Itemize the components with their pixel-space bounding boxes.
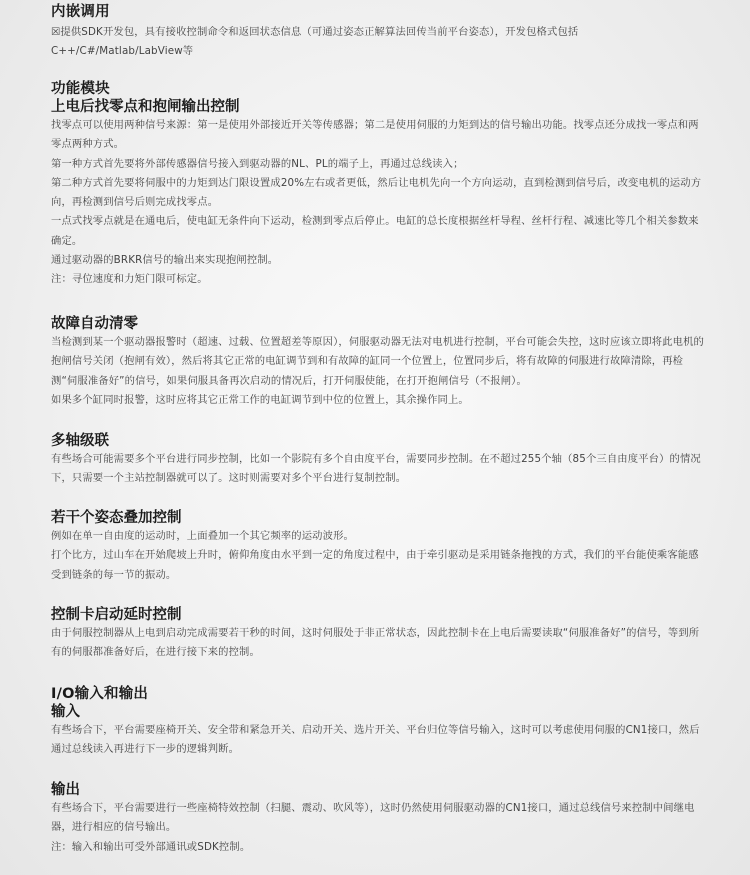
section-io: I/O输入和输出 输入 有些场合下，平台需要座椅开关、安全带和紧急开关、启动开关… bbox=[51, 685, 704, 760]
section-paragraph: 通过驱动器的BRKR信号的输出来实现抱闸控制。 bbox=[51, 251, 704, 270]
section-title: 输出 bbox=[51, 781, 704, 799]
section-title: 内嵌调用 bbox=[51, 3, 704, 21]
section-paragraph: ☒提供SDK开发包，具有接收控制命令和返回状态信息（可通过姿态正解算法回传当前平… bbox=[51, 23, 704, 62]
section-title: 故障自动清零 bbox=[51, 315, 704, 333]
section-paragraph: 有些场合下，平台需要进行一些座椅特效控制（扫腿、震动、吹风等），这时仍然使用伺服… bbox=[51, 799, 704, 838]
section-paragraph: 第一种方式首先要将外部传感器信号接入到驱动器的NL、PL的端子上，再通过总线读入… bbox=[51, 155, 704, 174]
section-startup-delay: 控制卡启动延时控制 由于伺服控制器从上电到启动完成需要若干秒的时间，这时伺服处于… bbox=[51, 606, 704, 663]
section-paragraph: 第二种方式首先要将伺服中的力矩到达门限设置成20%左右或者更低，然后让电机先向一… bbox=[51, 174, 704, 213]
section-paragraph: 注：输入和输出可受外部通讯或SDK控制。 bbox=[51, 838, 704, 857]
section-paragraph: 找零点可以使用两种信号来源：第一是使用外部接近开关等传感器；第二是使用伺服的力矩… bbox=[51, 116, 704, 155]
section-paragraph: 有些场合下，平台需要座椅开关、安全带和紧急开关、启动开关、选片开关、平台归位等信… bbox=[51, 721, 704, 760]
section-paragraph: 有些场合可能需要多个平台进行同步控制，比如一个影院有多个自由度平台，需要同步控制… bbox=[51, 450, 704, 489]
section-title: 多轴级联 bbox=[51, 432, 704, 450]
section-embedded-call: 内嵌调用 ☒提供SDK开发包，具有接收控制命令和返回状态信息（可通过姿态正解算法… bbox=[51, 3, 704, 62]
section-title: 功能模块 bbox=[51, 80, 704, 98]
section-paragraph: 例如在单一自由度的运动时，上面叠加一个其它频率的运动波形。 bbox=[51, 527, 704, 546]
section-multi-axis-cascade: 多轴级联 有些场合可能需要多个平台进行同步控制，比如一个影院有多个自由度平台，需… bbox=[51, 432, 704, 489]
section-paragraph: 一点式找零点就是在通电后，使电缸无条件向下运动，检测到零点后停止。电缸的总长度根… bbox=[51, 212, 704, 251]
section-paragraph: 如果多个缸同时报警，这时应将其它正常工作的电缸调节到中位的位置上，其余操作同上。 bbox=[51, 391, 704, 410]
section-title: 控制卡启动延时控制 bbox=[51, 606, 704, 624]
section-title: 若干个姿态叠加控制 bbox=[51, 509, 704, 527]
section-fault-auto-clear: 故障自动清零 当检测到某一个驱动器报警时（超速、过载、位置超差等原因），伺服驱动… bbox=[51, 315, 704, 410]
section-paragraph: 当检测到某一个驱动器报警时（超速、过载、位置超差等原因），伺服驱动器无法对电机进… bbox=[51, 333, 704, 391]
section-function-modules: 功能模块 上电后找零点和抱闸输出控制 找零点可以使用两种信号来源：第一是使用外部… bbox=[51, 80, 704, 290]
section-title: I/O输入和输出 bbox=[51, 685, 704, 703]
section-paragraph: 由于伺服控制器从上电到启动完成需要若干秒的时间，这时伺服处于非正常状态，因此控制… bbox=[51, 624, 704, 663]
section-subtitle: 输入 bbox=[51, 703, 704, 721]
section-paragraph: 打个比方，过山车在开始爬坡上升时，俯仰角度由水平到一定的角度过程中，由于牵引驱动… bbox=[51, 546, 704, 585]
section-subtitle: 上电后找零点和抱闸输出控制 bbox=[51, 98, 704, 116]
section-paragraph: 注：寻位速度和力矩门限可标定。 bbox=[51, 270, 704, 289]
section-pose-superposition: 若干个姿态叠加控制 例如在单一自由度的运动时，上面叠加一个其它频率的运动波形。 … bbox=[51, 509, 704, 585]
section-output: 输出 有些场合下，平台需要进行一些座椅特效控制（扫腿、震动、吹风等），这时仍然使… bbox=[51, 781, 704, 857]
